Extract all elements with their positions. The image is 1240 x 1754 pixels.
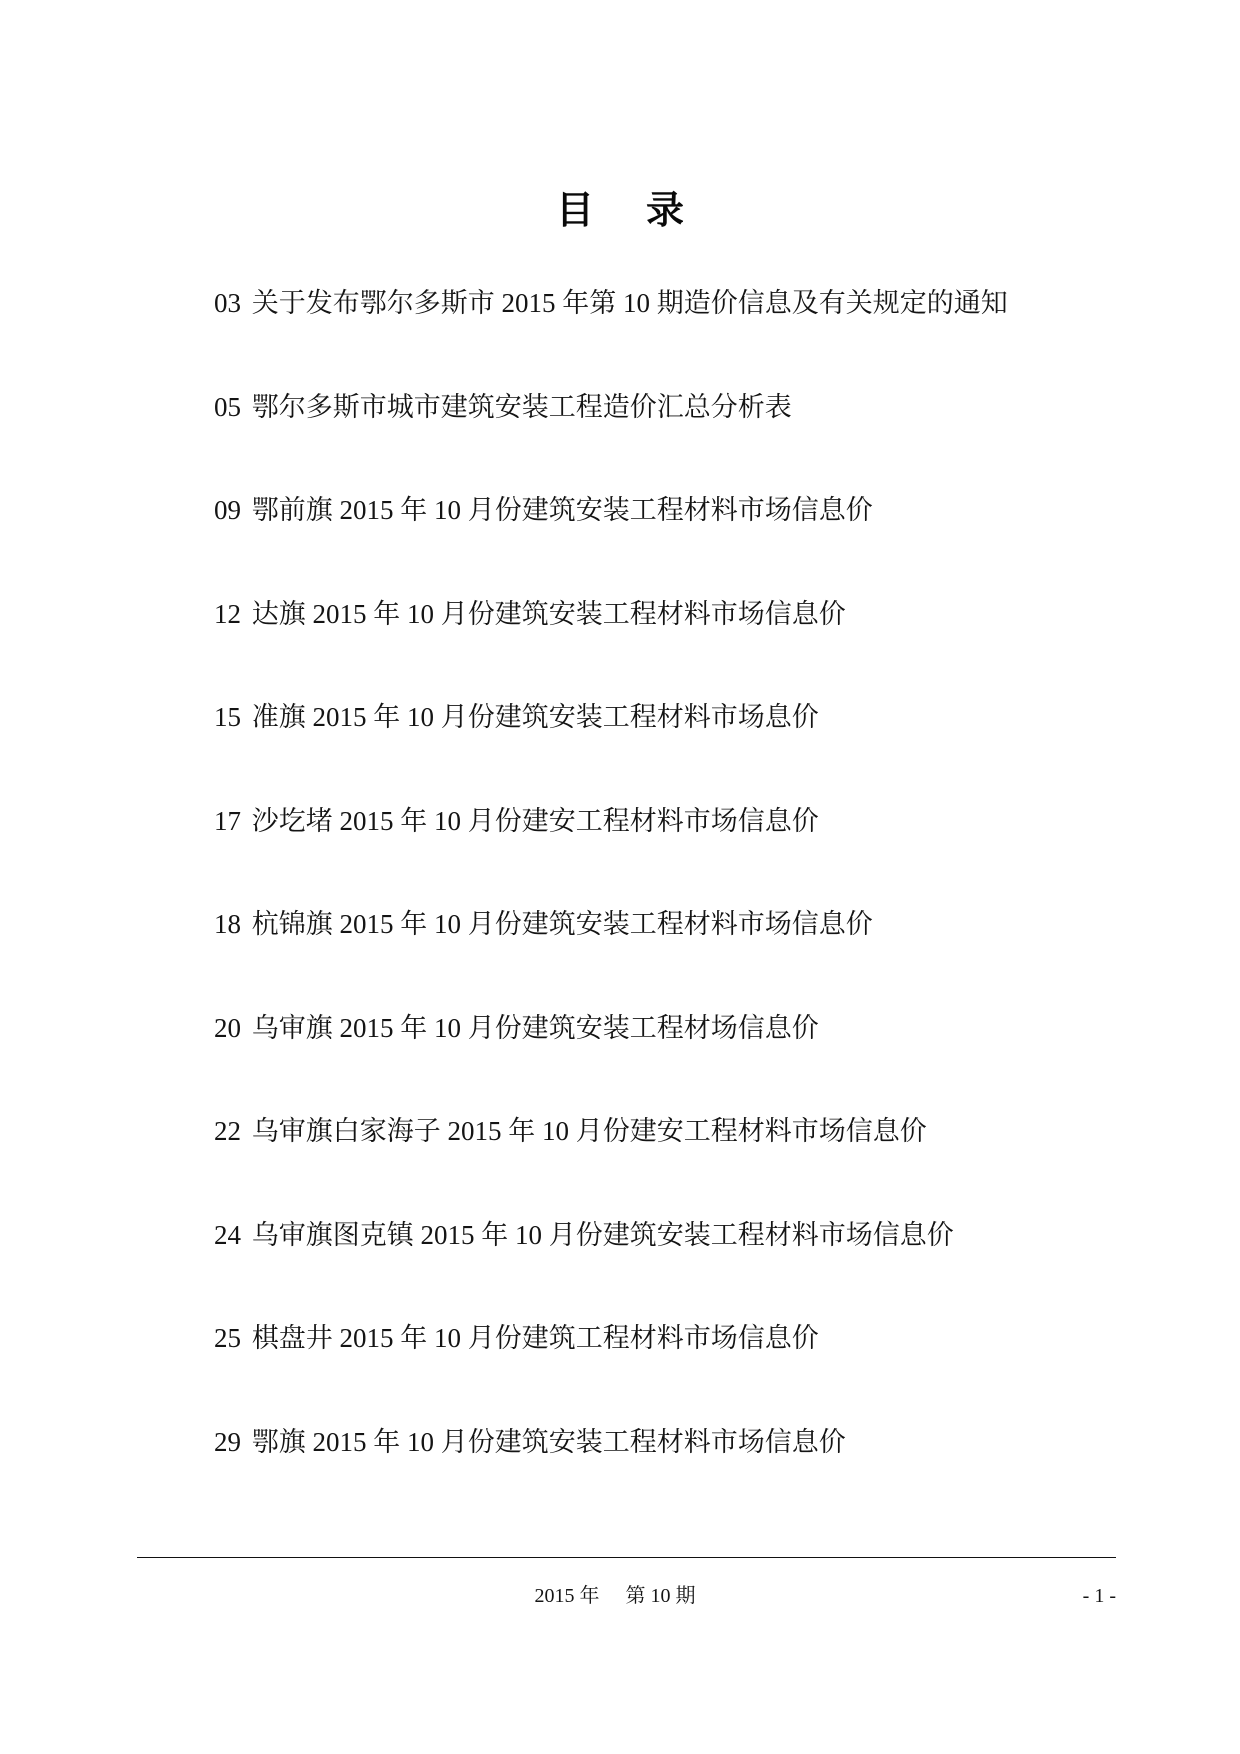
toc-entry[interactable]: 09 鄂前旗 2015 年 10 月份建筑安装工程材料市场信息价 <box>214 489 1114 593</box>
toc-entry[interactable]: 05 鄂尔多斯市城市建筑安装工程造价汇总分析表 <box>214 386 1114 490</box>
toc-entry-title: 准旗 2015 年 10 月份建筑安装工程材料市场息价 <box>252 702 819 732</box>
toc-entry-title: 关于发布鄂尔多斯市 2015 年第 10 期造价信息及有关规定的通知 <box>252 288 1008 318</box>
toc-entry[interactable]: 25 棋盘井 2015 年 10 月份建筑工程材料市场信息价 <box>214 1317 1114 1421</box>
toc-entry-title: 达旗 2015 年 10 月份建筑安装工程材料市场信息价 <box>252 599 846 629</box>
page-title: 目录 <box>0 186 1240 236</box>
toc-page-number: 29 <box>214 1427 241 1457</box>
toc-entry[interactable]: 17 沙圪堵 2015 年 10 月份建安工程材料市场信息价 <box>214 800 1114 904</box>
toc-entry-title: 乌审旗图克镇 2015 年 10 月份建筑安装工程材料市场信息价 <box>252 1220 954 1250</box>
toc-page-number: 05 <box>214 392 241 422</box>
toc-entry-title: 杭锦旗 2015 年 10 月份建筑安装工程材料市场信息价 <box>252 909 873 939</box>
toc-entry[interactable]: 12 达旗 2015 年 10 月份建筑安装工程材料市场信息价 <box>214 593 1114 697</box>
footer-divider <box>137 1557 1116 1558</box>
toc-entry[interactable]: 18 杭锦旗 2015 年 10 月份建筑安装工程材料市场信息价 <box>214 903 1114 1007</box>
page-number: - 1 - <box>1083 1582 1116 1610</box>
toc-entry-title: 乌审旗 2015 年 10 月份建筑安装工程材场信息价 <box>252 1013 819 1043</box>
toc-entry-title: 乌审旗白家海子 2015 年 10 月份建安工程材料市场信息价 <box>252 1116 927 1146</box>
toc-entry-title: 鄂前旗 2015 年 10 月份建筑安装工程材料市场信息价 <box>252 495 873 525</box>
toc-entry[interactable]: 20 乌审旗 2015 年 10 月份建筑安装工程材场信息价 <box>214 1007 1114 1111</box>
footer-issue-number: 第 10 期 <box>626 1585 696 1607</box>
toc-entry[interactable]: 29 鄂旗 2015 年 10 月份建筑安装工程材料市场信息价 <box>214 1421 1114 1525</box>
toc-page-number: 24 <box>214 1220 241 1250</box>
toc-entry-title: 鄂旗 2015 年 10 月份建筑安装工程材料市场信息价 <box>252 1427 846 1457</box>
toc-entry[interactable]: 22 乌审旗白家海子 2015 年 10 月份建安工程材料市场信息价 <box>214 1110 1114 1214</box>
toc-page-number: 12 <box>214 599 241 629</box>
toc-entry-title: 棋盘井 2015 年 10 月份建筑工程材料市场信息价 <box>252 1323 819 1353</box>
toc-page-number: 03 <box>214 288 241 318</box>
document-page: 目录 03 关于发布鄂尔多斯市 2015 年第 10 期造价信息及有关规定的通知… <box>0 0 1240 1754</box>
toc-page-number: 17 <box>214 806 241 836</box>
toc-page-number: 25 <box>214 1323 241 1353</box>
toc-entry[interactable]: 15 准旗 2015 年 10 月份建筑安装工程材料市场息价 <box>214 696 1114 800</box>
toc-page-number: 18 <box>214 909 241 939</box>
toc-page-number: 20 <box>214 1013 241 1043</box>
footer-year: 2015 年 <box>535 1585 600 1607</box>
toc-entry-title: 沙圪堵 2015 年 10 月份建安工程材料市场信息价 <box>252 806 819 836</box>
toc-page-number: 22 <box>214 1116 241 1146</box>
toc-entry-title: 鄂尔多斯市城市建筑安装工程造价汇总分析表 <box>252 392 792 422</box>
toc-page-number: 09 <box>214 495 241 525</box>
toc-entry[interactable]: 03 关于发布鄂尔多斯市 2015 年第 10 期造价信息及有关规定的通知 <box>214 282 1114 386</box>
toc-page-number: 15 <box>214 702 241 732</box>
footer-issue-label: 2015 年第 10 期 <box>0 1582 1230 1610</box>
toc-entry[interactable]: 24 乌审旗图克镇 2015 年 10 月份建筑安装工程材料市场信息价 <box>214 1214 1114 1318</box>
table-of-contents: 03 关于发布鄂尔多斯市 2015 年第 10 期造价信息及有关规定的通知 05… <box>214 282 1114 1524</box>
